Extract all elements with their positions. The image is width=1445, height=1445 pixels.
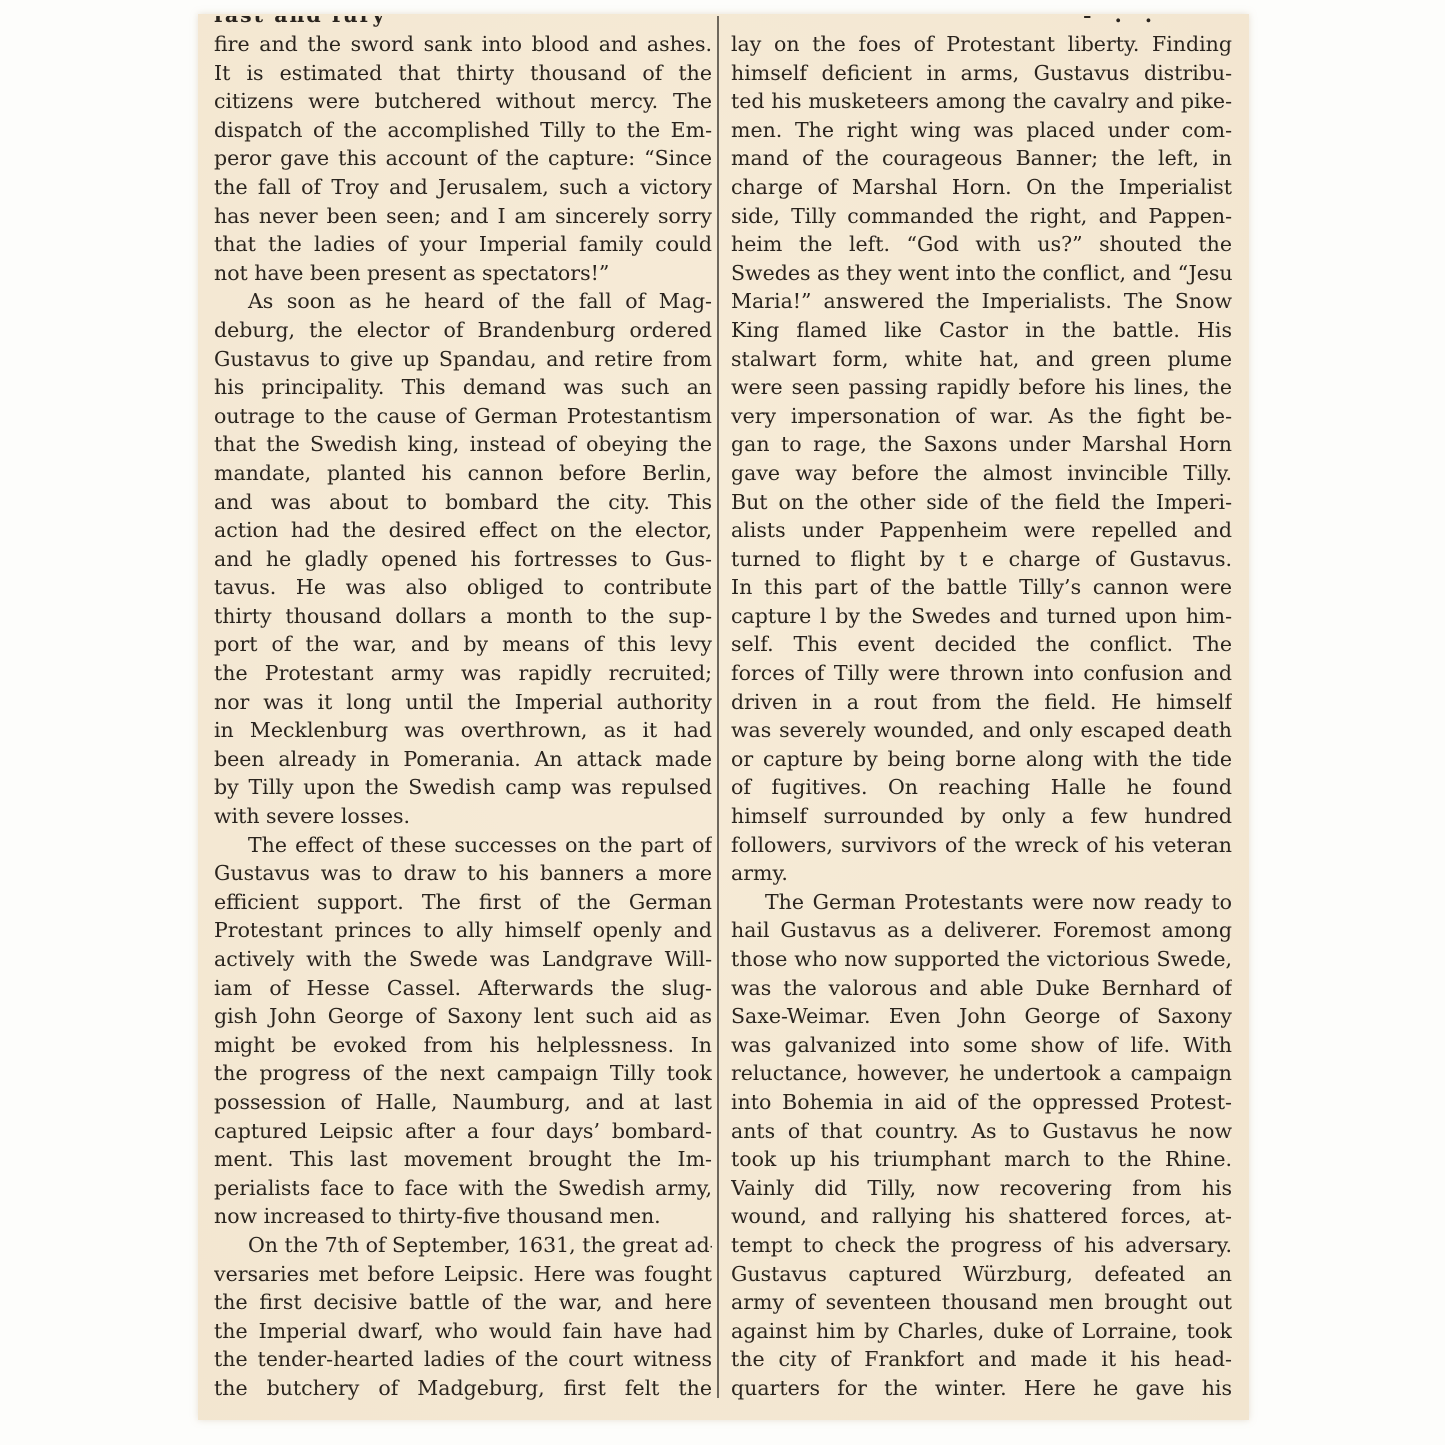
text-line: the progress of the next campaign Tilly … (214, 1059, 712, 1088)
text-line: Gustavus to give up Spandau, and retire … (214, 345, 712, 374)
text-line: gish John George of Saxony lent such aid… (214, 1002, 712, 1031)
text-line: into Bohemia in aid of the oppressed Pro… (731, 1088, 1232, 1117)
text-line: side, Tilly commanded the right, and Pap… (731, 202, 1232, 231)
text-line: heim the left. “God with us?” shouted th… (731, 230, 1232, 259)
text-line: ted his musketeers among the cavalry and… (731, 87, 1232, 116)
text-line: himself deficient in arms, Gustavus dist… (731, 59, 1232, 88)
text-line: self. This event decided the conflict. T… (731, 630, 1232, 659)
text-line: deburg, the elector of Brandenburg order… (214, 316, 712, 345)
clipped-line-fragment: fast and fury (214, 16, 712, 29)
text-line: turned to flight by t e charge of Gustav… (731, 545, 1232, 574)
text-line: citizens were butchered without mercy. T… (214, 87, 712, 116)
text-line: were seen passing rapidly before his lin… (731, 373, 1232, 402)
text-line: the Imperial dwarf, who would fain have … (214, 1317, 712, 1346)
text-line: nor was it long until the Imperial autho… (214, 688, 712, 717)
text-line: reluctance, however, he undertook a camp… (731, 1059, 1232, 1088)
text-line: On the 7th of September, 1631, the great… (214, 1231, 712, 1260)
text-line: thirty thousand dollars a month to the s… (214, 602, 712, 631)
clipped-line-fragment: - . . (731, 16, 1232, 29)
text-line: Saxe-Weimar. Even John George of Saxony (731, 1002, 1232, 1031)
text-line: by Tilly upon the Swedish camp was repul… (214, 773, 712, 802)
text-line: and he gladly opened his fortresses to G… (214, 545, 712, 574)
text-line: was galvanized into some show of life. W… (731, 1031, 1232, 1060)
text-line: has never been seen; and I am sincerely … (214, 202, 712, 231)
text-line: the tender-hearted ladies of the court w… (214, 1345, 712, 1374)
text-line: Gustavus captured Würzburg, defeated an (731, 1260, 1232, 1289)
text-line: the first decisive battle of the war, an… (214, 1288, 712, 1317)
text-column-left: fast and furyfire and the sword sank int… (214, 16, 712, 1403)
text-line: took up his triumphant march to the Rhin… (731, 1145, 1232, 1174)
text-line: Protestant princes to ally himself openl… (214, 916, 712, 945)
text-line: Gustavus was to draw to his banners a mo… (214, 859, 712, 888)
text-line: lay on the foes of Protestant liberty. F… (731, 30, 1232, 59)
text-line: with severe losses. (214, 802, 712, 831)
text-line: or capture by being borne along with the… (731, 745, 1232, 774)
text-line: now increased to thirty-five thousand me… (214, 1202, 712, 1231)
text-line: actively with the Swede was Landgrave Wi… (214, 945, 712, 974)
text-line: of fugitives. On reaching Halle he found (731, 773, 1232, 802)
text-line: wound, and rallying his shattered forces… (731, 1202, 1232, 1231)
text-line: captured Leipsic after a four days’ bomb… (214, 1117, 712, 1146)
text-line: army. (731, 859, 1232, 888)
text-line: ment. This last movement brought the Im- (214, 1145, 712, 1174)
text-line: Vainly did Tilly, now recovering from hi… (731, 1174, 1232, 1203)
text-line: King flamed like Castor in the battle. H… (731, 316, 1232, 345)
text-line: But on the other side of the field the I… (731, 488, 1232, 517)
text-line: men. The right wing was placed under com… (731, 116, 1232, 145)
text-column-right: - . .lay on the foes of Protestant liber… (731, 16, 1232, 1403)
text-line: himself surrounded by only a few hundred (731, 802, 1232, 831)
text-line: quarters for the winter. Here he gave hi… (731, 1374, 1232, 1403)
text-line: tempt to check the progress of his adver… (731, 1231, 1232, 1260)
text-line: As soon as he heard of the fall of Mag- (214, 287, 712, 316)
text-line: iam of Hesse Cassel. Afterwards the slug… (214, 974, 712, 1003)
text-line: action had the desired effect on the ele… (214, 516, 712, 545)
text-line: in Mecklenburg was overthrown, as it had (214, 716, 712, 745)
text-line: mandate, planted his cannon before Berli… (214, 459, 712, 488)
text-line: perialists face to face with the Swedish… (214, 1174, 712, 1203)
text-line: dispatch of the accomplished Tilly to th… (214, 116, 712, 145)
text-line: Swedes as they went into the conflict, a… (731, 259, 1232, 288)
scanned-page: fast and furyfire and the sword sank int… (198, 14, 1249, 1420)
text-line: and was about to bombard the city. This (214, 488, 712, 517)
text-line: was severely wounded, and only escaped d… (731, 716, 1232, 745)
text-line: versaries met before Leipsic. Here was f… (214, 1260, 712, 1289)
text-line: very impersonation of war. As the fight … (731, 402, 1232, 431)
text-line: port of the war, and by means of this le… (214, 630, 712, 659)
text-line: his principality. This demand was such a… (214, 373, 712, 402)
column-divider-rule (717, 16, 719, 1398)
text-line: that the Swedish king, instead of obeyin… (214, 430, 712, 459)
text-line: possession of Halle, Naumburg, and at la… (214, 1088, 712, 1117)
text-line: followers, survivors of the wreck of his… (731, 831, 1232, 860)
text-line: the fall of Troy and Jerusalem, such a v… (214, 173, 712, 202)
text-line: that the ladies of your Imperial family … (214, 230, 712, 259)
text-line: was the valorous and able Duke Bernhard … (731, 974, 1232, 1003)
text-line: the city of Frankfort and made it his he… (731, 1345, 1232, 1374)
text-line: capture l by the Swedes and turned upon … (731, 602, 1232, 631)
text-line: against him by Charles, duke of Lorraine… (731, 1317, 1232, 1346)
text-line: In this part of the battle Tilly’s canno… (731, 573, 1232, 602)
text-line: might be evoked from his helplessness. I… (214, 1031, 712, 1060)
text-line: not have been present as spectators!” (214, 259, 712, 288)
text-line: gave way before the almost invincible Ti… (731, 459, 1232, 488)
text-line: charge of Marshal Horn. On the Imperiali… (731, 173, 1232, 202)
text-line: tavus. He was also obliged to contribute (214, 573, 712, 602)
text-line: been already in Pomerania. An attack mad… (214, 745, 712, 774)
text-line: The German Protestants were now ready to (731, 888, 1232, 917)
text-line: The effect of these successes on the par… (214, 831, 712, 860)
text-line: efficient support. The first of the Germ… (214, 888, 712, 917)
text-line: Maria!” answered the Imperialists. The S… (731, 287, 1232, 316)
text-line: fire and the sword sank into blood and a… (214, 30, 712, 59)
text-line: alists under Pappenheim were repelled an… (731, 516, 1232, 545)
text-line: the butchery of Madgeburg, first felt th… (214, 1374, 712, 1403)
text-line: those who now supported the victorious S… (731, 945, 1232, 974)
text-line: hail Gustavus as a deliverer. Foremost a… (731, 916, 1232, 945)
text-line: peror gave this account of the capture: … (214, 144, 712, 173)
text-line: gan to rage, the Saxons under Marshal Ho… (731, 430, 1232, 459)
text-line: the Protestant army was rapidly recruite… (214, 659, 712, 688)
text-line: driven in a rout from the field. He hims… (731, 688, 1232, 717)
text-line: army of seventeen thousand men brought o… (731, 1288, 1232, 1317)
text-line: It is estimated that thirty thousand of … (214, 59, 712, 88)
text-line: stalwart form, white hat, and green plum… (731, 345, 1232, 374)
text-line: outrage to the cause of German Protestan… (214, 402, 712, 431)
text-line: forces of Tilly were thrown into confusi… (731, 659, 1232, 688)
text-line: ants of that country. As to Gustavus he … (731, 1117, 1232, 1146)
text-line: mand of the courageous Banner; the left,… (731, 144, 1232, 173)
